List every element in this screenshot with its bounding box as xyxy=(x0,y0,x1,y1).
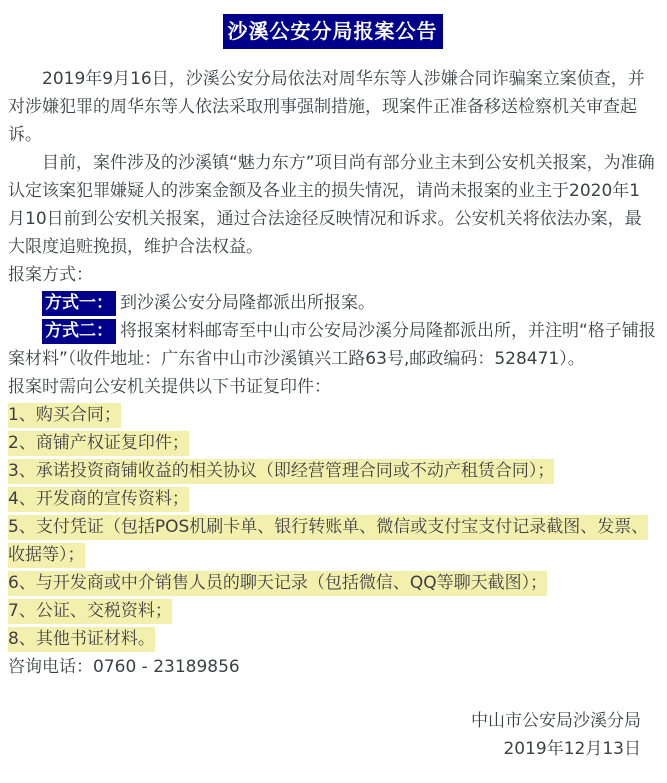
announcement-page: 沙溪公安分局报案公告 2019年9月16日，沙溪公安分局依法对周华东等人涉嫌合同… xyxy=(0,0,667,783)
paragraph-case-filing: 2019年9月16日，沙溪公安分局依法对周华东等人涉嫌合同诈骗案立案侦查，并对涉… xyxy=(8,65,657,149)
report-method-2: 方式二：将报案材料邮寄至中山市公安局沙溪分局隆都派出所，并注明“格子铺报案材料”… xyxy=(8,317,657,373)
document-item-2-text: 2、商铺产权证复印件； xyxy=(8,431,189,456)
document-item-8: 8、其他书证材料。 xyxy=(8,625,657,653)
contact-label: 咨询电话： xyxy=(8,657,93,677)
report-methods-heading: 报案方式： xyxy=(8,261,657,289)
document-item-1-text: 1、购买合同； xyxy=(8,403,121,428)
page-title: 沙溪公安分局报案公告 xyxy=(223,14,443,49)
document-item-1: 1、购买合同； xyxy=(8,401,657,429)
contact-line: 咨询电话：0760 - 23189856 xyxy=(8,653,657,681)
document-item-3: 3、承诺投资商铺收益的相关协议（即经营管理合同或不动产租赁合同）； xyxy=(8,457,657,485)
document-item-4: 4、开发商的宣传资料； xyxy=(8,485,657,513)
report-method-1: 方式一：到沙溪公安分局隆都派出所报案。 xyxy=(8,289,657,317)
document-item-7-text: 7、公证、交税资料； xyxy=(8,599,172,624)
contact-phone: 0760 - 23189856 xyxy=(93,657,240,677)
document-item-5: 5、支付凭证（包括POS机刷卡单、银行转账单、微信或支付宝支付记录截图、发票、收… xyxy=(8,513,657,569)
issue-date: 2019年12月13日 xyxy=(8,735,641,763)
documents-intro: 报案时需向公安机关提供以下书证复印件： xyxy=(8,373,657,401)
method-1-label: 方式一： xyxy=(42,291,116,316)
document-item-6: 6、与开发商或中介销售人员的聊天记录（包括微信、QQ等聊天截图）； xyxy=(8,569,657,597)
issuing-org: 中山市公安局沙溪分局 xyxy=(8,707,641,735)
document-item-3-text: 3、承诺投资商铺收益的相关协议（即经营管理合同或不动产租赁合同）； xyxy=(8,459,554,484)
document-item-5-text: 5、支付凭证（包括POS机刷卡单、银行转账单、微信或支付宝支付记录截图、发票、收… xyxy=(8,515,648,568)
document-item-2: 2、商铺产权证复印件； xyxy=(8,429,657,457)
document-item-6-text: 6、与开发商或中介销售人员的聊天记录（包括微信、QQ等聊天截图）； xyxy=(8,571,547,596)
method-1-text: 到沙溪公安分局隆都派出所报案。 xyxy=(120,293,375,313)
title-row: 沙溪公安分局报案公告 xyxy=(8,14,657,49)
document-item-4-text: 4、开发商的宣传资料； xyxy=(8,487,189,512)
document-item-8-text: 8、其他书证材料。 xyxy=(8,627,155,652)
paragraph-report-request: 目前，案件涉及的沙溪镇“魅力东方”项目尚有部分业主未到公安机关报案，为准确认定该… xyxy=(8,149,657,261)
method-2-label: 方式二： xyxy=(42,319,116,344)
document-item-7: 7、公证、交税资料； xyxy=(8,597,657,625)
signature-block: 中山市公安局沙溪分局 2019年12月13日 xyxy=(8,707,657,763)
